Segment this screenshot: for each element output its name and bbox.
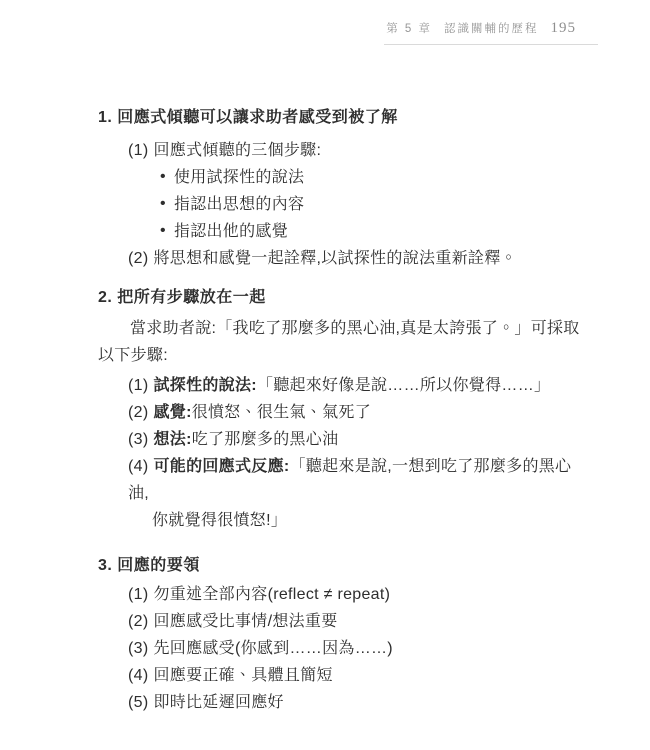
item-label: (5) — [128, 694, 148, 711]
bullet-icon: • — [160, 190, 166, 217]
item-label: (1) — [128, 586, 148, 603]
page-number: 195 — [551, 20, 577, 37]
section-3-heading: 3. 回應的要領 — [98, 556, 580, 576]
item-label: (1) — [128, 377, 148, 394]
item-label: (2) — [128, 404, 148, 421]
item-term: 感覺: — [153, 404, 191, 421]
item-term: 試探性的說法: — [153, 377, 256, 394]
list-item: (3)想法:吃了那麼多的黑心油 — [128, 426, 580, 453]
list-item: (1)勿重述全部內容(reflect ≠ repeat) — [128, 581, 580, 608]
list-item: (4)可能的回應式反應:「聽起來是說,一想到吃了那麼多的黑心油, — [128, 453, 580, 507]
list-item: •指認出他的感覺 — [160, 218, 580, 245]
points-list: (1)勿重述全部內容(reflect ≠ repeat) (2)回應感受比事情/… — [128, 581, 580, 716]
paragraph-line: 當求助者說:「我吃了那麼多的黑心油,真是太誇張了。」可採取 — [130, 315, 580, 342]
bullet-icon: • — [160, 163, 166, 190]
list-item: (1)試探性的說法:「聽起來好像是說……所以你覺得……」 — [128, 372, 580, 399]
section-response-tips: 3. 回應的要領 (1)勿重述全部內容(reflect ≠ repeat) (2… — [98, 556, 580, 716]
bullet-icon: • — [160, 217, 166, 244]
item-term: 可能的回應式反應: — [153, 458, 289, 475]
example-paragraph: 當求助者說:「我吃了那麼多的黑心油,真是太誇張了。」可採取 以下步驟: — [98, 315, 580, 369]
item-label: (2) — [128, 250, 148, 267]
item-text: 回應要正確、具體且簡短 — [153, 667, 332, 684]
chapter-label: 第 5 章 — [386, 20, 432, 36]
steps-list: (1)試探性的說法:「聽起來好像是說……所以你覺得……」 (2)感覺:很憤怒、很… — [128, 372, 580, 534]
book-page: 第 5 章 認識關輔的歷程 195 1. 回應式傾聽可以讓求助者感受到被了解 (… — [0, 0, 650, 750]
item-label: (4) — [128, 667, 148, 684]
item-text: 指認出思想的內容 — [174, 196, 304, 213]
item-text: 「聽起來好像是說……所以你覺得……」 — [257, 377, 550, 394]
item-label: (4) — [128, 458, 148, 475]
item-text: 回應感受比事情/想法重要 — [153, 613, 337, 630]
list-item: •使用試探性的說法 — [160, 164, 580, 191]
section-steps-together: 2. 把所有步驟放在一起 當求助者說:「我吃了那麼多的黑心油,真是太誇張了。」可… — [98, 288, 580, 534]
item-text: 指認出他的感覺 — [174, 223, 288, 240]
running-header: 第 5 章 認識關輔的歷程 195 — [384, 20, 598, 45]
paragraph-line: 以下步驟: — [98, 342, 580, 369]
list-item: (3)先回應感受(你感到……因為……) — [128, 635, 580, 662]
item-text: 吃了那麼多的黑心油 — [192, 431, 339, 448]
section-2-heading: 2. 把所有步驟放在一起 — [98, 288, 580, 308]
item-text: 即時比延遲回應好 — [153, 694, 283, 711]
item-label: (2) — [128, 613, 148, 630]
list-item: (1)回應式傾聽的三個步驟: — [128, 137, 580, 164]
list-item: (4)回應要正確、具體且簡短 — [128, 662, 580, 689]
section-1-heading: 1. 回應式傾聽可以讓求助者感受到被了解 — [98, 108, 580, 128]
list-item: (2)回應感受比事情/想法重要 — [128, 608, 580, 635]
chapter-title: 認識關輔的歷程 — [444, 20, 539, 36]
item-label: (3) — [128, 640, 148, 657]
item-text: 很憤怒、很生氣、氣死了 — [192, 404, 371, 421]
list-item: •指認出思想的內容 — [160, 191, 580, 218]
list-item: (2)將思想和感覺一起詮釋,以試探性的說法重新詮釋。 — [128, 245, 580, 272]
list-item-continuation: 你就覺得很憤怒!」 — [152, 507, 580, 534]
item-term: 想法: — [153, 431, 191, 448]
list-item: (5)即時比延遲回應好 — [128, 689, 580, 716]
item-text: 將思想和感覺一起詮釋,以試探性的說法重新詮釋。 — [153, 250, 516, 267]
list-item: (2)感覺:很憤怒、很生氣、氣死了 — [128, 399, 580, 426]
item-label: (3) — [128, 431, 148, 448]
item-text: 使用試探性的說法 — [174, 169, 304, 186]
page-content: 1. 回應式傾聽可以讓求助者感受到被了解 (1)回應式傾聽的三個步驟: •使用試… — [98, 108, 580, 716]
bullet-list: •使用試探性的說法 •指認出思想的內容 •指認出他的感覺 — [160, 164, 580, 245]
item-text: 勿重述全部內容(reflect ≠ repeat) — [153, 586, 390, 603]
item-label: (1) — [128, 142, 148, 159]
item-text: 回應式傾聽的三個步驟: — [153, 142, 321, 159]
section-responsive-listening: 1. 回應式傾聽可以讓求助者感受到被了解 (1)回應式傾聽的三個步驟: •使用試… — [98, 108, 580, 272]
item-text: 先回應感受(你感到……因為……) — [153, 640, 392, 657]
